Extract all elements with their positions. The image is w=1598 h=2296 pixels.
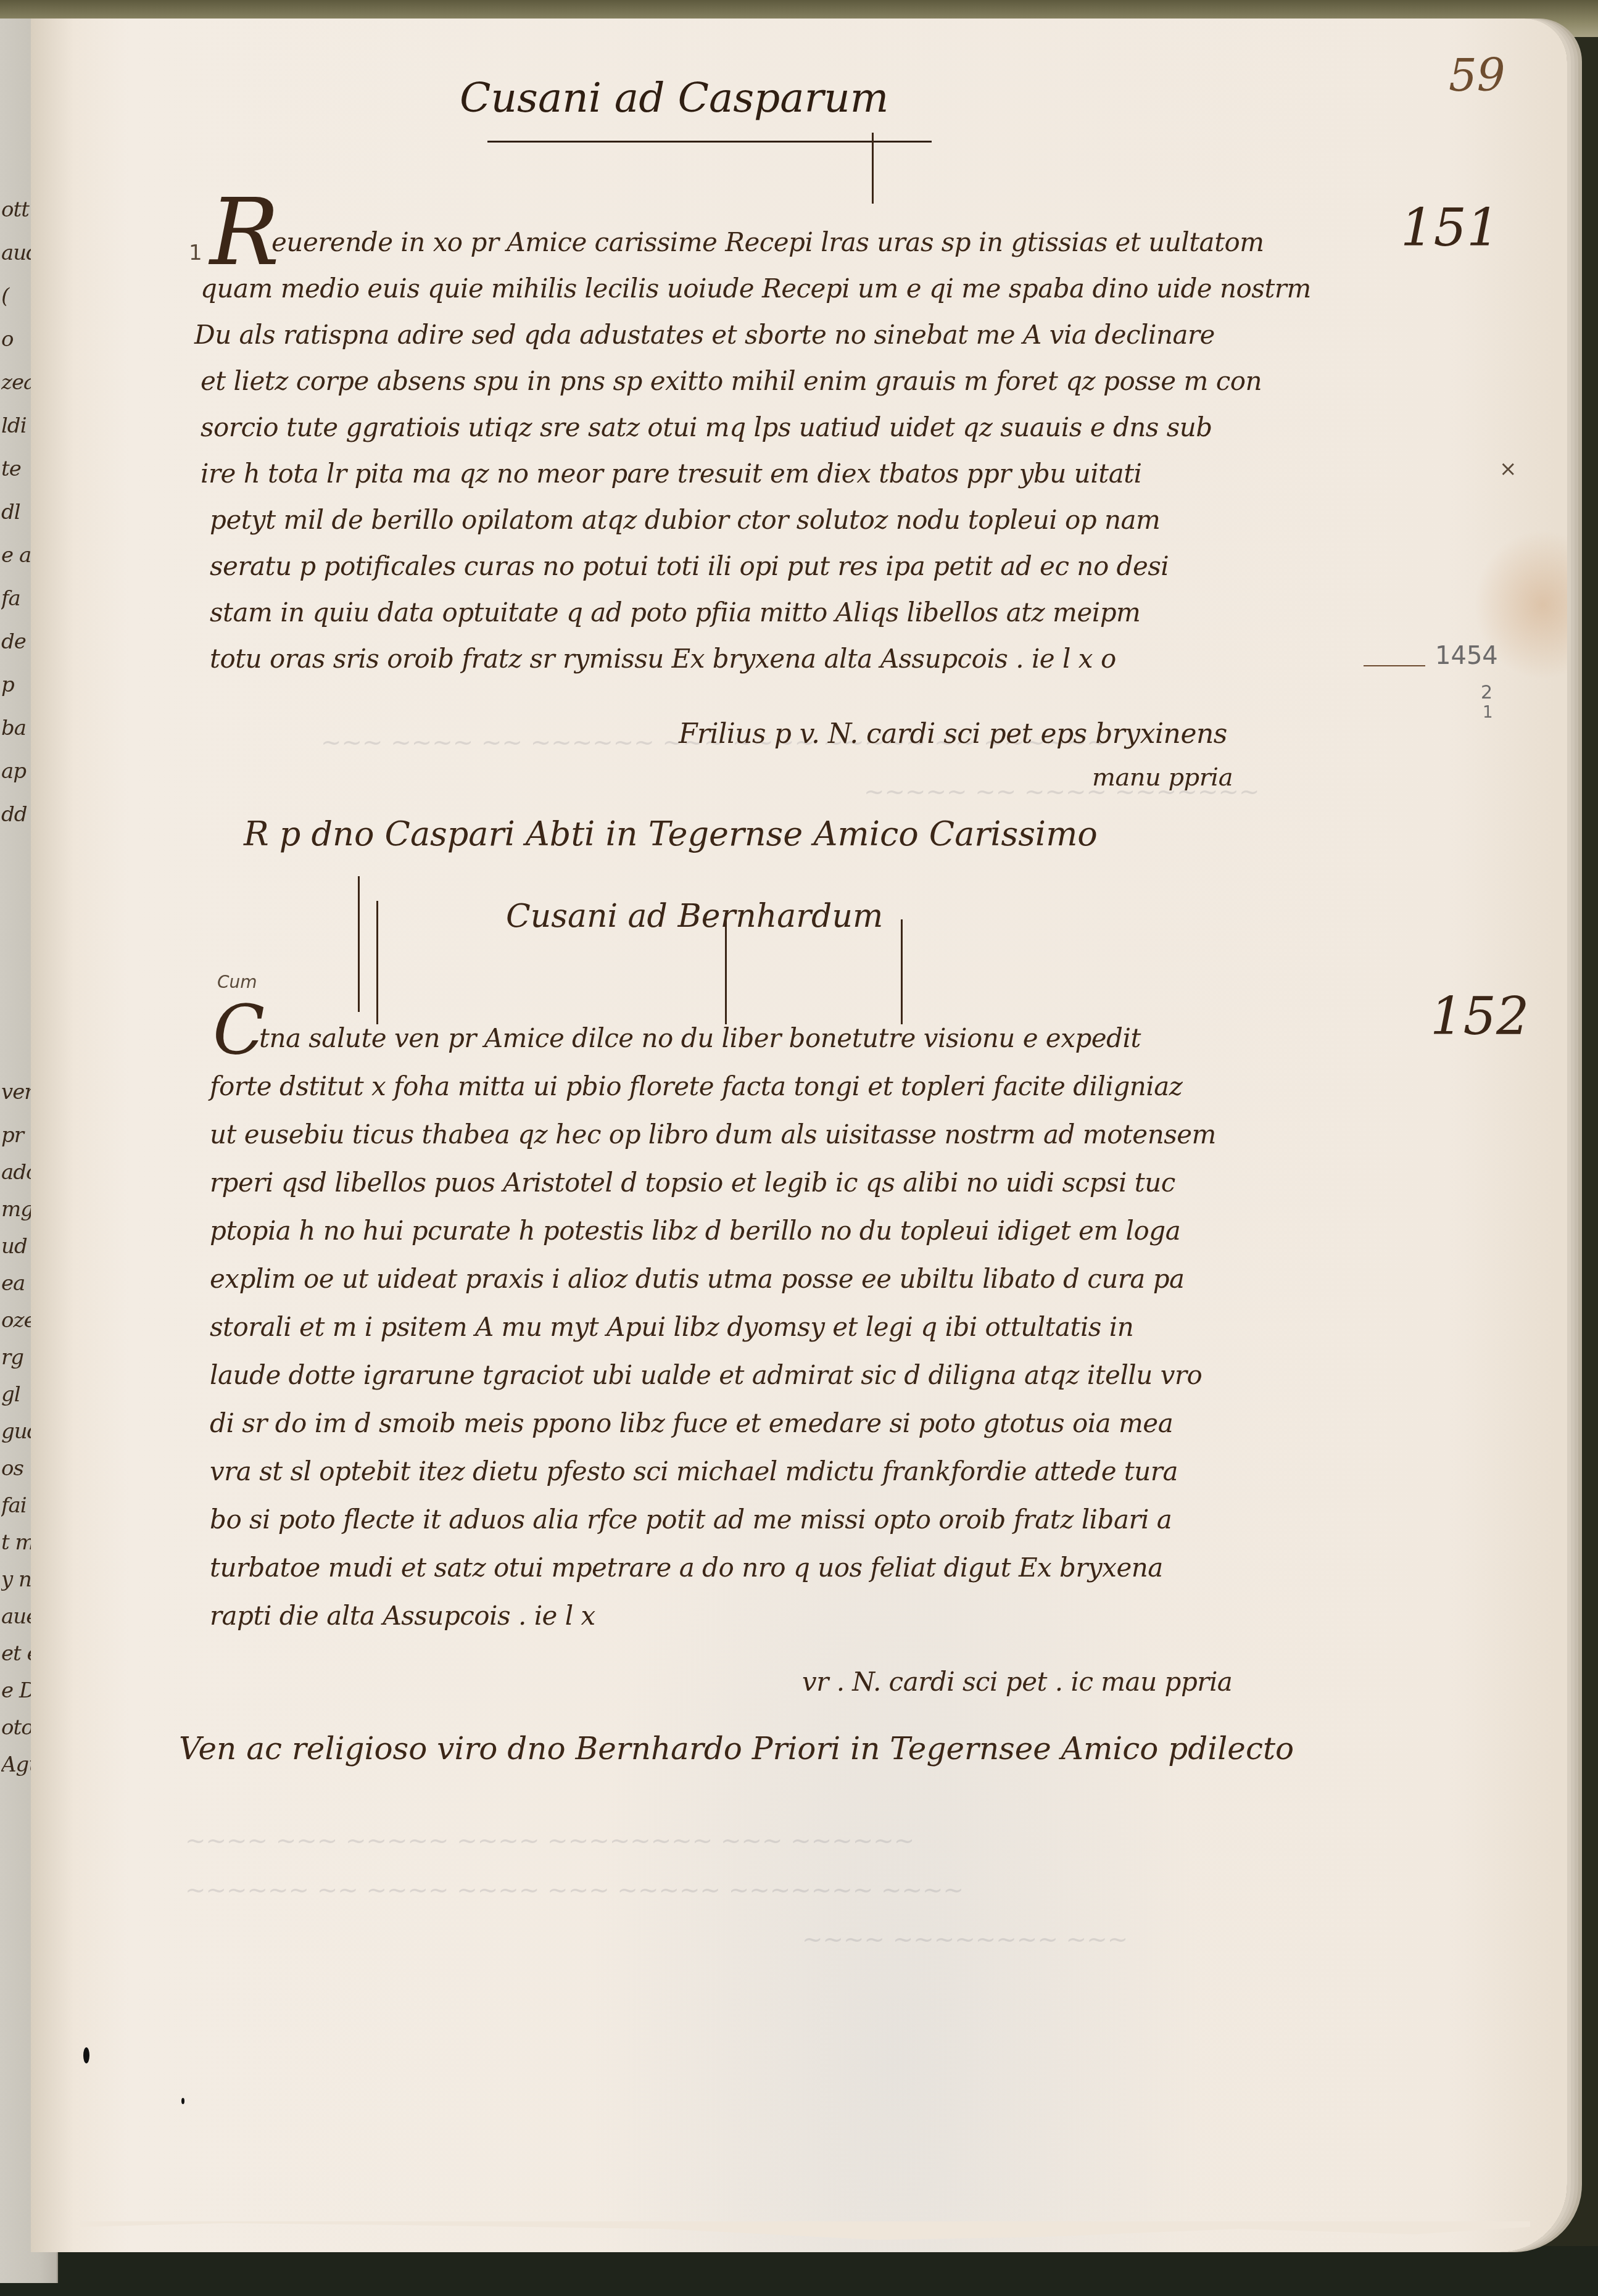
letter-152-line: forte dstitut x foha mitta ui pbio flore… bbox=[210, 1074, 1182, 1100]
letter-151-heading: Cusani ad Casparum bbox=[460, 74, 888, 122]
letter-151-line: quam medio euis quie mihilis lecilis uoi… bbox=[201, 276, 1311, 302]
scan-background bbox=[0, 2246, 1598, 2296]
letter-152-signature: vr . N. cardi sci pet . ic mau ppria bbox=[802, 1669, 1232, 1695]
show-through-text: ~~~~ ~~~ ~~~~~ ~~~~ ~~~~~~~~ ~~~ ~~~~~~ bbox=[185, 1826, 914, 1855]
initial-letter-r: R bbox=[210, 179, 279, 286]
letter-151-signature-note: manu ppria bbox=[1092, 765, 1233, 790]
letter-151-line: ire h tota lr pita ma qz no meor pare tr… bbox=[201, 461, 1141, 487]
letter-152-line: ut eusebiu ticus thabea qz hec op libro … bbox=[210, 1122, 1216, 1148]
letter-152-line: tna salute ven pr Amice dilce no du libe… bbox=[259, 1026, 1141, 1051]
letter-152-line: di sr do im d smoib meis ppono libz fuce… bbox=[210, 1411, 1173, 1436]
letter-152-line: rperi qsd libellos puos Aristotel d tops… bbox=[210, 1170, 1175, 1196]
letter-number-152: 152 bbox=[1430, 986, 1529, 1046]
initial-guide-letter: Cum bbox=[217, 972, 257, 992]
letter-152-line: turbatoe mudi et satz otui mpetrare a do… bbox=[210, 1555, 1163, 1581]
letter-151-signature: Frilius p v. N. cardi sci pet eps bryxin… bbox=[679, 721, 1227, 748]
letter-152-line: vra st sl optebit itez dietu pfesto sci … bbox=[210, 1459, 1178, 1485]
heading-underline bbox=[487, 141, 932, 143]
pencil-annotation: 2 bbox=[1481, 682, 1492, 703]
letter-151-line: totu oras sris oroib fratz sr rymissu Ex… bbox=[210, 646, 1116, 672]
decorative-ascender bbox=[872, 133, 874, 204]
paper-hole bbox=[83, 2047, 89, 2063]
letter-151-address: R p dno Caspari Abti in Tegernse Amico C… bbox=[244, 814, 1098, 853]
initial-letter-c: C bbox=[213, 990, 265, 1069]
letter-152-line: ptopia h no hui pcurate h potestis libz … bbox=[210, 1218, 1180, 1244]
margin-cross-mark: × bbox=[1499, 457, 1517, 481]
letter-151-line: et lietz corpe absens spu in pns sp exit… bbox=[201, 368, 1262, 394]
letter-number-151: 151 bbox=[1401, 197, 1499, 258]
show-through-text: ~~~~~~ ~~ ~~~~ ~~~~ ~~~ ~~~~~ ~~~~~~~ ~~… bbox=[185, 1876, 964, 1904]
decorative-ascender bbox=[725, 913, 727, 1024]
letter-151-line: stam in quiu data optuitate q ad poto pf… bbox=[210, 600, 1140, 626]
pencil-annotation: 1 bbox=[1483, 703, 1493, 722]
letter-151-line: euerende in xo pr Amice carissime Recepi… bbox=[271, 230, 1264, 255]
decorative-ascender bbox=[901, 919, 903, 1024]
letter-151-line: Du als ratispna adire sed qda adustates … bbox=[194, 322, 1215, 348]
letter-152-address: Ven ac religioso viro dno Bernhardo Prio… bbox=[179, 1731, 1294, 1767]
letter-152-line: rapti die alta Assupcois . ie l x bbox=[210, 1603, 595, 1629]
letter-151-line: seratu p potificales curas no potui toti… bbox=[210, 553, 1169, 579]
letter-152-heading: Cusani ad Bernhardum bbox=[506, 898, 883, 935]
letter-151-line: sorcio tute ggratiois utiqz sre satz otu… bbox=[201, 415, 1212, 441]
decorative-ascender bbox=[358, 876, 360, 1012]
decorative-ascender bbox=[376, 901, 378, 1024]
show-through-text: ~~~~ ~~~~~~~~ ~~~ bbox=[802, 1925, 1128, 1954]
folio-number: 59 bbox=[1449, 49, 1505, 101]
pencil-date-annotation: 1454 bbox=[1435, 642, 1498, 670]
paper-hole bbox=[181, 2098, 184, 2104]
line-marker: 1 bbox=[189, 241, 202, 265]
letter-152-line: bo si poto flecte it aduos alia rfce pot… bbox=[210, 1507, 1172, 1533]
letter-152-line: laude dotte igrarune tgraciot ubi ualde … bbox=[210, 1362, 1202, 1388]
letter-152-line: explim oe ut uideat praxis i alioz dutis… bbox=[210, 1266, 1185, 1292]
pointer-stroke bbox=[1364, 665, 1425, 666]
letter-152-line: storali et m i psitem A mu myt Apui libz… bbox=[210, 1314, 1133, 1340]
letter-151-line: petyt mil de berillo opilatom atqz dubio… bbox=[210, 507, 1160, 533]
